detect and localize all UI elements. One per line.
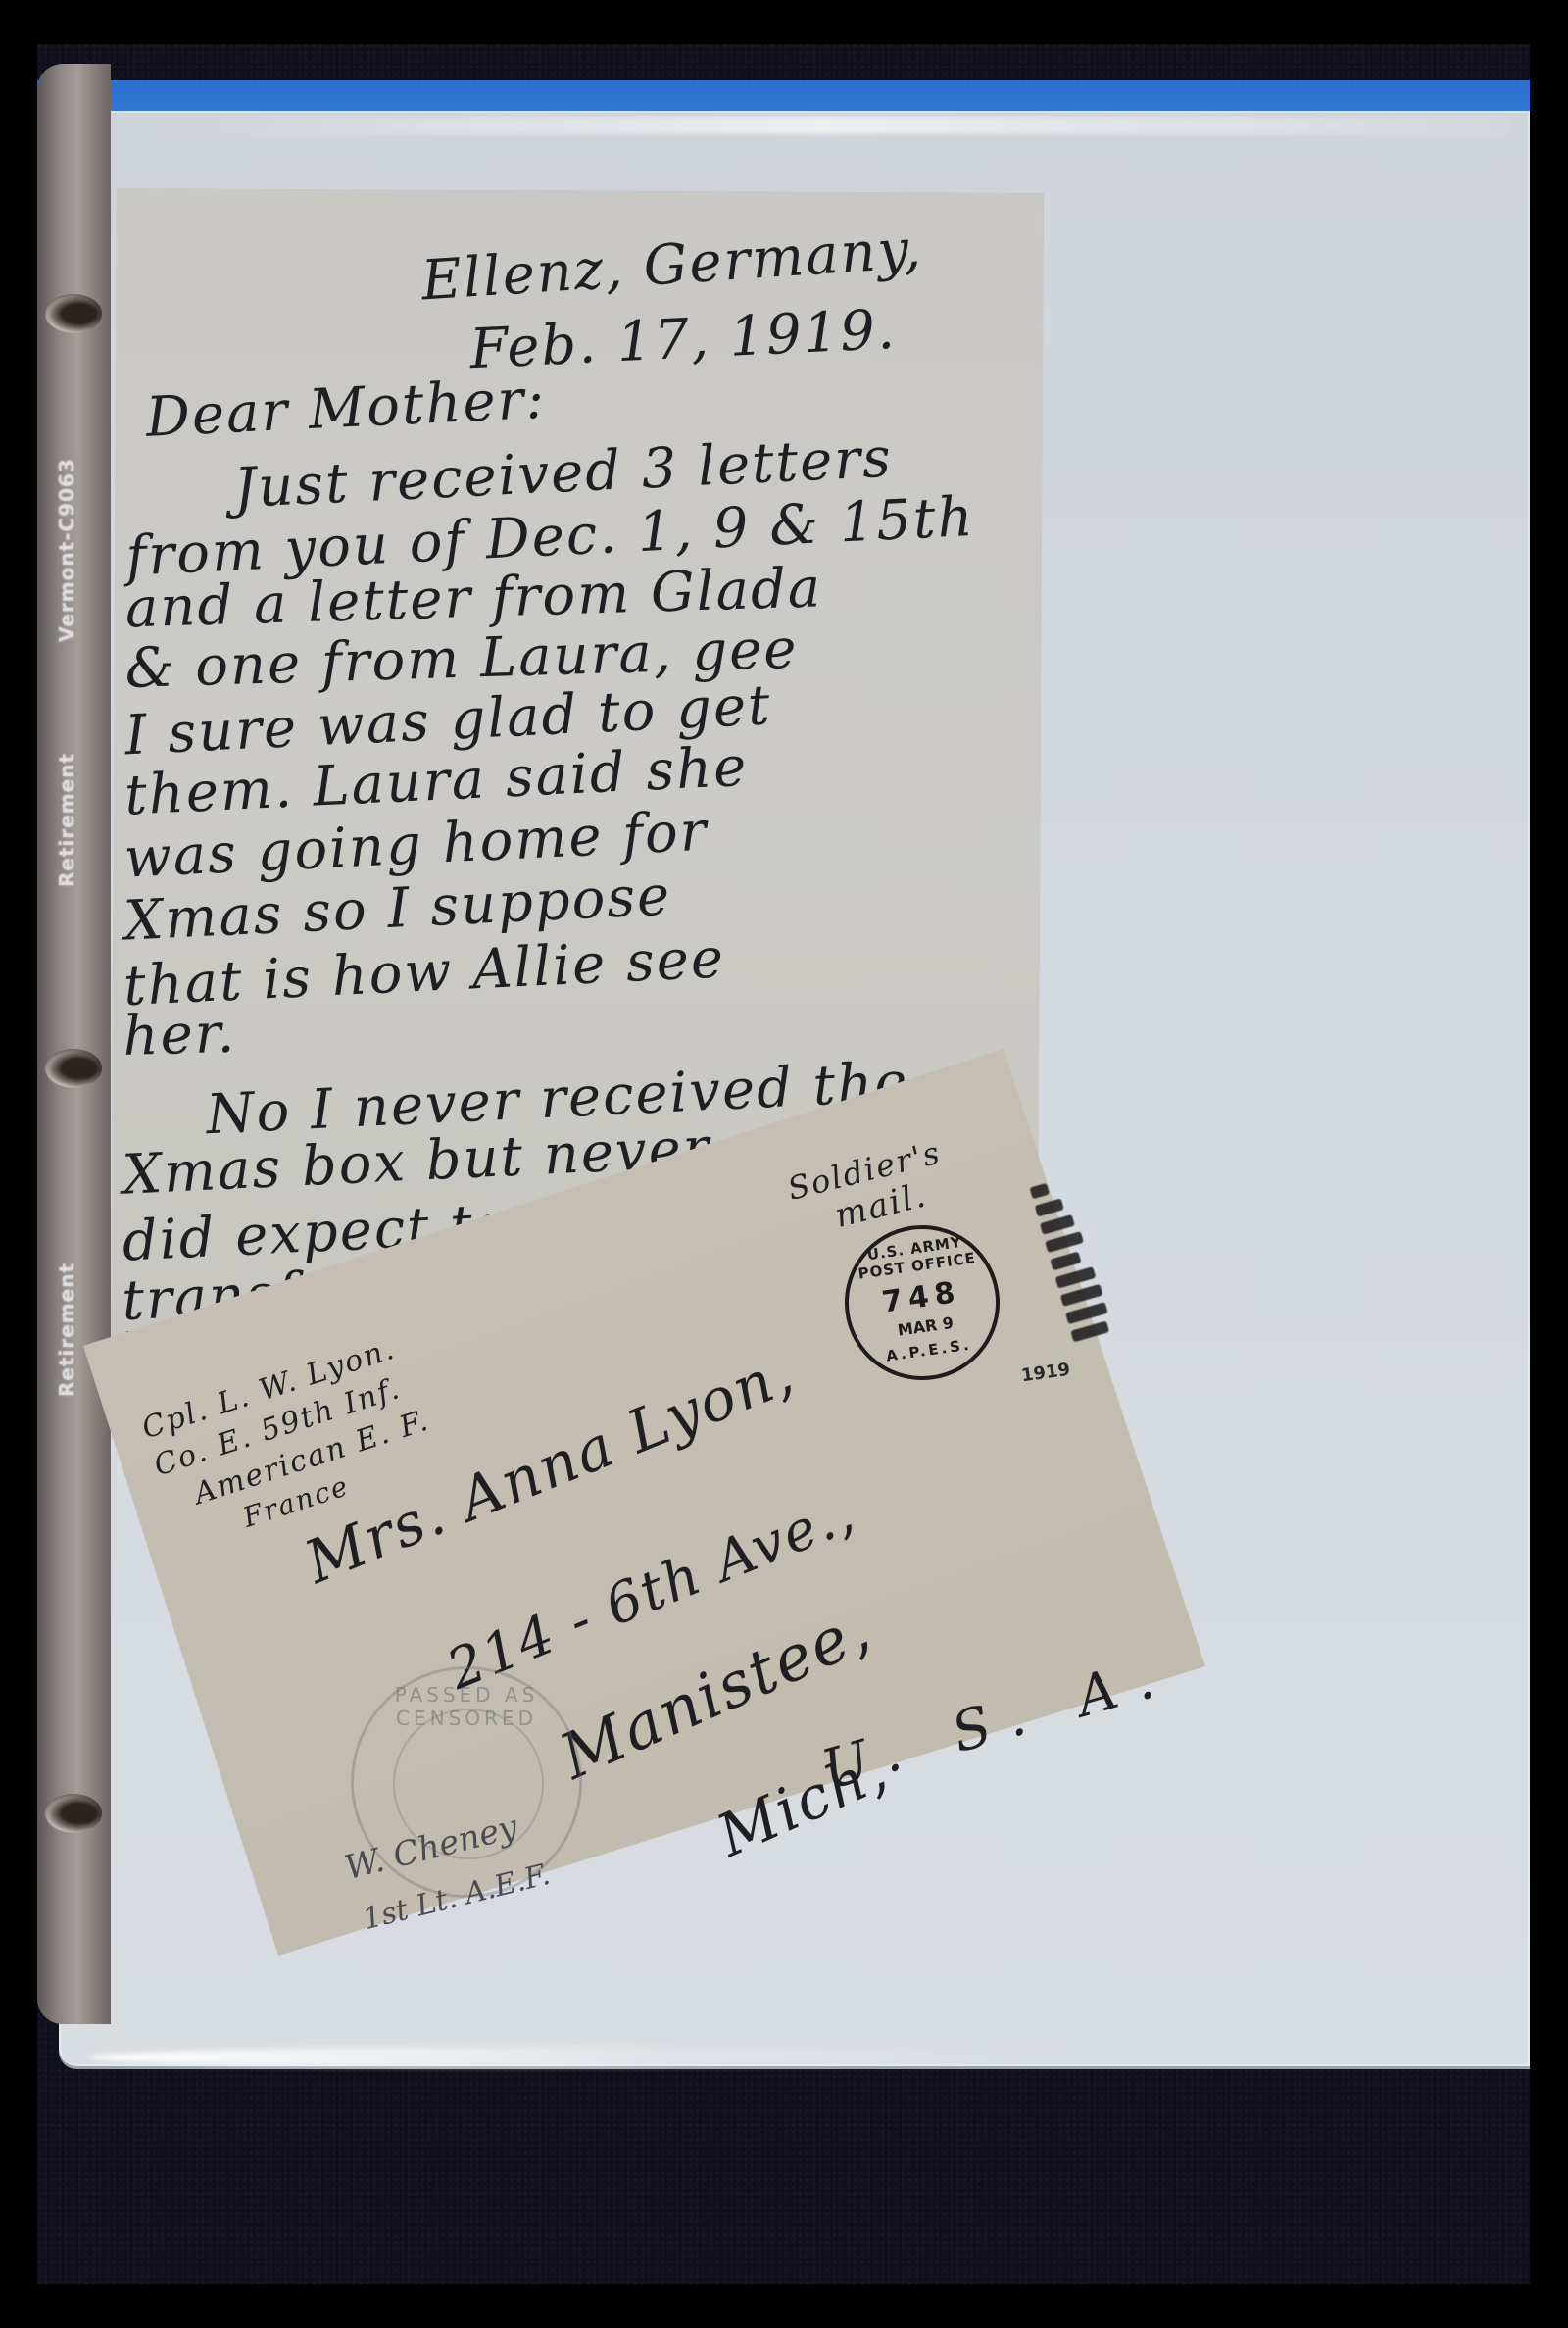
embossed-label: Retirement — [55, 711, 86, 887]
letter-salutation: Dear Mother: — [145, 368, 548, 450]
letter-line: her. — [122, 1002, 238, 1068]
letter-place: Ellenz, Germany, — [419, 218, 924, 314]
sheet-protector-glare — [137, 117, 1509, 134]
image-border — [1530, 0, 1568, 2328]
binder-strip: Vermont-C9063 Retirement Retirement — [37, 64, 111, 2024]
embossed-label: Retirement — [55, 1142, 86, 1397]
binder-ring-icon — [45, 1794, 102, 1833]
sheet-protector-glare — [88, 2047, 1068, 2068]
embossed-label: Vermont-C9063 — [55, 387, 86, 642]
binder-ring-icon — [45, 1049, 102, 1088]
image-border — [0, 2284, 1568, 2328]
binder-ring-icon — [45, 294, 102, 333]
